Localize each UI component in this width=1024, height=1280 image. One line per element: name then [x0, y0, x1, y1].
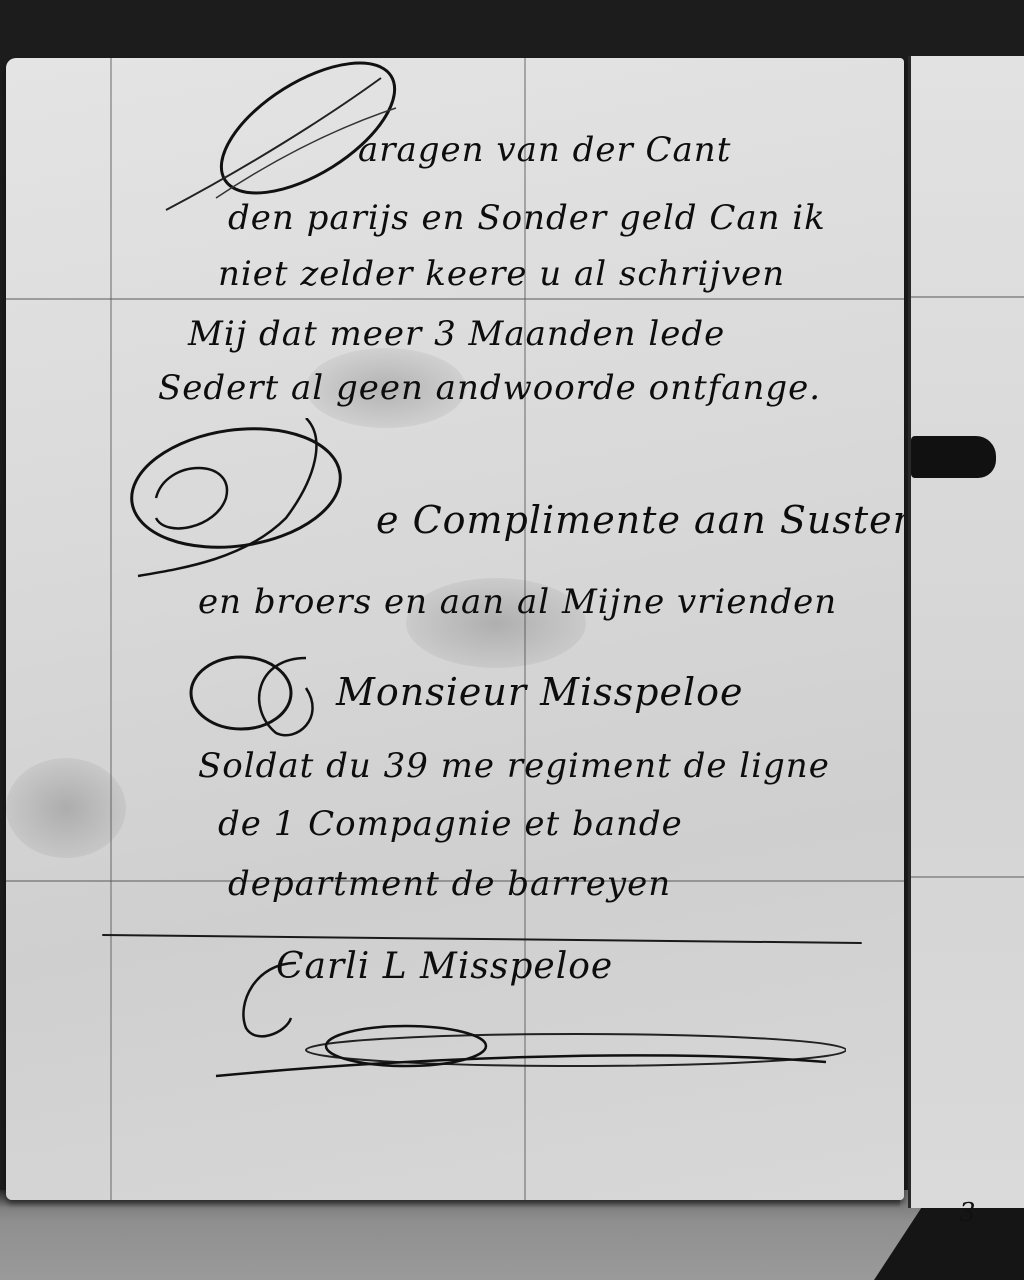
letter-line: aragen van der Cant	[358, 130, 731, 170]
page-number: 3	[959, 1198, 976, 1228]
letter-line: Soldat du 39 me regiment de ligne	[198, 746, 830, 786]
letter-line: den parijs en Sonder geld Can ik	[228, 198, 826, 238]
decorative-initial-d-icon	[126, 418, 376, 588]
letter-line: niet zelder keere u al schrijven	[218, 254, 785, 294]
table-surface	[0, 1190, 1024, 1280]
letter-line: e Complimente aan Susters	[376, 498, 904, 542]
letter-line: department de barreyen	[228, 864, 671, 904]
letter-line: de 1 Compagnie et bande	[218, 804, 683, 844]
folded-corner	[874, 1200, 1024, 1280]
decorative-initial-a-icon	[186, 648, 346, 748]
adjacent-page: 3	[908, 56, 1024, 1208]
signature: Carli L Misspeloe	[276, 946, 613, 987]
fold-line	[6, 298, 904, 300]
letter-line: Sedert al geen andwoorde ontfange.	[158, 368, 821, 408]
wax-seal	[911, 436, 996, 478]
signature-underline-flourish-icon	[206, 1018, 846, 1088]
letter-page: aragen van der Cant den parijs en Sonder…	[6, 58, 904, 1200]
signature-rule	[102, 934, 862, 944]
letter-line: en broers en aan al Mijne vrienden	[198, 582, 837, 622]
stain	[6, 758, 126, 858]
fold-line	[911, 296, 1024, 298]
fold-line	[110, 58, 112, 1200]
fold-line	[911, 876, 1024, 878]
letter-line: Mij dat meer 3 Maanden lede	[188, 314, 725, 354]
letter-line: Monsieur Misspeloe	[336, 670, 744, 714]
